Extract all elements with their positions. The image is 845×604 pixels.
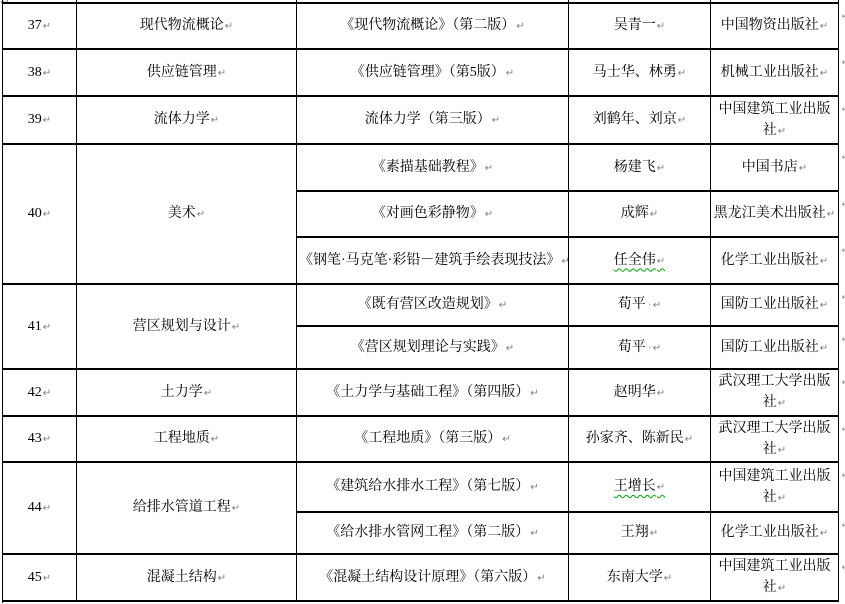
course-name-cell[interactable]: 美术↵ (77, 144, 297, 284)
row-number-cell[interactable]: 44↵ (3, 462, 77, 554)
course-name-cell-text: 美术 (168, 206, 196, 221)
publisher-cell[interactable]: 机械工业出版社↵↵ (711, 49, 839, 96)
paragraph-mark-icon: ↵ (218, 573, 226, 584)
book-title-cell[interactable]: 《现代物流概论》（第二版）↵ (297, 3, 569, 49)
book-author-cell-text: 刘鹤年、刘京 (593, 112, 677, 127)
publisher-cell-content: 中国物资出版社↵ (721, 18, 828, 33)
textbook-table: 37↵现代物流概论↵《现代物流概论》（第二版）↵吴青一↵中国物资出版社↵↵38↵… (2, 2, 839, 602)
book-title-cell-content: 流体力学（第三版）↵ (365, 112, 500, 127)
paragraph-mark-icon: ↵ (43, 68, 51, 79)
table-border-top-tick (76, 0, 77, 3)
paragraph-mark-icon: ↵ (778, 583, 786, 594)
publisher-cell[interactable]: 黑龙江美术出版社↵↵ (711, 191, 839, 237)
paragraph-mark-icon: ↵ (778, 493, 786, 504)
row-end-mark-icon: ↵ (841, 13, 845, 22)
book-author-cell-text: 杨建飞 (614, 160, 656, 175)
book-author-cell[interactable]: 荀平·↵ (569, 284, 711, 326)
course-name-cell-text: 给排水管道工程 (133, 500, 231, 515)
book-author-cell-content: 杨建飞↵ (614, 160, 665, 175)
book-title-cell[interactable]: 《土力学与基础工程》（第四版）↵ (297, 369, 569, 416)
paragraph-mark-icon: ↵ (537, 573, 545, 584)
book-title-cell-text: 《混凝土结构设计原理》（第六版） (319, 570, 536, 585)
paragraph-mark-icon: ↵ (799, 163, 807, 174)
book-author-cell-content: 荀平·↵ (618, 340, 661, 355)
book-title-cell-text: 《营区规划理论与实践》 (351, 340, 505, 355)
table-border-top-tick (568, 0, 569, 3)
book-title-cell-content: 《建筑给水排水工程》（第七版）↵ (326, 479, 538, 494)
paragraph-mark-icon: ↵ (506, 343, 514, 354)
book-title-cell-content: 《混凝土结构设计原理》（第六版）↵ (319, 570, 545, 585)
course-name-cell-text: 营区规划与设计 (133, 319, 231, 334)
book-title-cell[interactable]: 《给水排水管网工程》（第二版）↵ (297, 512, 569, 554)
table-border-top-tick (2, 0, 3, 3)
book-title-cell[interactable]: 《建筑给水排水工程》（第七版）↵ (297, 462, 569, 512)
publisher-cell-text: 黑龙江美术出版社 (714, 206, 826, 221)
book-title-cell-text: 《素描基础教程》 (372, 160, 484, 175)
book-title-cell-content: 《营区规划理论与实践》↵ (351, 340, 514, 355)
paragraph-mark-icon: ↵ (657, 482, 665, 493)
publisher-cell[interactable]: 武汉理工大学出版社↵↵ (711, 416, 839, 462)
paragraph-mark-icon: ↵ (492, 115, 500, 126)
publisher-cell-text: 国防工业出版社 (721, 297, 819, 312)
paragraph-mark-icon: ↵ (653, 300, 661, 311)
book-author-cell[interactable]: 刘鹤年、刘京↵ (569, 96, 711, 144)
course-name-cell[interactable]: 现代物流概论↵ (77, 3, 297, 49)
publisher-cell-text: 中国建筑工业出版社 (719, 469, 831, 505)
publisher-cell-content: 国防工业出版社↵ (721, 340, 828, 355)
paragraph-mark-icon: ↵ (43, 503, 51, 514)
paragraph-mark-icon: ↵ (499, 300, 507, 311)
paragraph-mark-icon: ↵ (43, 21, 51, 32)
book-title-cell[interactable]: 《钢笔·马克笔·彩铅－建筑手绘表现技法》↵ (297, 237, 569, 284)
paragraph-mark-icon: ↵ (43, 322, 51, 333)
book-title-cell[interactable]: 《素描基础教程》↵ (297, 144, 569, 191)
row-number-cell-content: 39↵ (28, 112, 51, 127)
book-title-cell[interactable]: 《工程地质》（第三版）↵ (297, 416, 569, 462)
book-author-cell-content: 任全伟↵ (614, 253, 665, 268)
paragraph-mark-icon: ↵ (820, 68, 828, 79)
row-number-cell[interactable]: 37↵ (3, 3, 77, 49)
row-number-cell[interactable]: 42↵ (3, 369, 77, 416)
paragraph-mark-icon: ↵ (197, 209, 205, 220)
book-author-cell[interactable]: 赵明华↵ (569, 369, 711, 416)
publisher-cell[interactable]: 国防工业出版社↵↵ (711, 284, 839, 326)
table-border-top-tick (710, 0, 711, 3)
book-title-cell-text: 《对画色彩静物》 (372, 206, 484, 221)
textbook-table-body: 37↵现代物流概论↵《现代物流概论》（第二版）↵吴青一↵中国物资出版社↵↵38↵… (3, 3, 839, 601)
publisher-cell-content: 武汉理工大学出版社↵ (719, 421, 831, 457)
course-name-cell-content: 美术↵ (168, 206, 205, 221)
book-author-cell[interactable]: 孙家齐、陈新民↵ (569, 416, 711, 462)
publisher-cell[interactable]: 化学工业出版社↵↵ (711, 237, 839, 284)
paragraph-mark-icon: ↵ (530, 528, 538, 539)
paragraph-mark-icon: ↵ (232, 503, 240, 514)
publisher-cell-text: 武汉理工大学出版社 (719, 421, 831, 457)
row-number-cell[interactable]: 41↵ (3, 284, 77, 369)
book-author-cell-content: 成辉↵ (621, 206, 658, 221)
publisher-cell-text: 武汉理工大学出版社 (719, 374, 831, 410)
publisher-cell-text: 中国建筑工业出版社 (719, 102, 831, 138)
table-border-top-tick (838, 0, 839, 3)
publisher-cell-content: 中国书店↵ (742, 160, 807, 175)
book-title-cell-text: 《建筑给水排水工程》（第七版） (326, 479, 529, 494)
row-end-mark-icon: ↵ (841, 59, 845, 68)
book-title-cell[interactable]: 《对画色彩静物》↵ (297, 191, 569, 237)
paragraph-mark-icon: ↵ (225, 21, 233, 32)
paragraph-mark-icon: ↵ (502, 434, 510, 445)
book-author-cell-text: 吴青一 (614, 18, 656, 33)
paragraph-mark-icon: ↵ (827, 209, 835, 220)
paragraph-mark-icon: ↵ (516, 21, 524, 32)
book-title-cell-text: 《既有营区改造规划》 (358, 297, 498, 312)
book-author-cell[interactable]: 任全伟↵ (569, 237, 711, 284)
course-name-cell[interactable]: 工程地质↵ (77, 416, 297, 462)
row-end-mark-icon: ↵ (841, 247, 845, 256)
course-name-cell-text: 土力学 (161, 385, 203, 400)
book-author-cell-content: 赵明华↵ (614, 385, 665, 400)
row-end-mark-icon: ↵ (841, 294, 845, 303)
paragraph-mark-icon: ↵ (232, 322, 240, 333)
course-name-cell-text: 供应链管理 (147, 65, 217, 80)
row-end-mark-icon: ↵ (841, 564, 845, 573)
paragraph-mark-icon: ↵ (43, 388, 51, 399)
space-mark: · (648, 340, 652, 354)
table-row: 39↵流体力学↵流体力学（第三版）↵刘鹤年、刘京↵中国建筑工业出版社↵↵ (3, 96, 839, 144)
book-title-cell-content: 《既有营区改造规划》↵ (358, 297, 507, 312)
table-row: 38↵供应链管理↵《供应链管理》（第5版）↵马士华、林勇↵机械工业出版社↵↵ (3, 49, 839, 96)
book-title-cell-content: 《供应链管理》（第5版）↵ (351, 65, 514, 80)
book-author-cell-text: 任全伟 (614, 253, 656, 268)
book-author-cell[interactable]: 东南大学↵ (569, 554, 711, 601)
document-page: ↵ 37↵现代物流概论↵《现代物流概论》（第二版）↵吴青一↵中国物资出版社↵↵3… (0, 0, 845, 604)
book-title-cell[interactable]: 《混凝土结构设计原理》（第六版）↵ (297, 554, 569, 601)
paragraph-mark-icon: ↵ (685, 434, 693, 445)
book-author-cell[interactable]: 吴青一↵ (569, 3, 711, 49)
paragraph-mark-icon: ↵ (530, 482, 538, 493)
row-number-cell-content: 38↵ (28, 65, 51, 80)
book-title-cell[interactable]: 《既有营区改造规划》↵ (297, 284, 569, 326)
course-name-cell-content: 工程地质↵ (154, 431, 219, 446)
table-row: 42↵土力学↵《土力学与基础工程》（第四版）↵赵明华↵武汉理工大学出版社↵↵ (3, 369, 839, 416)
publisher-cell-text: 化学工业出版社 (721, 253, 819, 268)
book-title-cell[interactable]: 流体力学（第三版）↵ (297, 96, 569, 144)
book-author-cell[interactable]: 王翔↵ (569, 512, 711, 554)
row-end-mark-icon: ↵ (841, 426, 845, 435)
book-author-cell-text: 成辉 (621, 206, 649, 221)
row-number-cell[interactable]: 39↵ (3, 96, 77, 144)
book-author-cell-text: 荀平 (618, 297, 646, 312)
paragraph-mark-icon: ↵ (43, 209, 51, 220)
row-number-cell-text: 40 (28, 206, 42, 221)
table-row: 37↵现代物流概论↵《现代物流概论》（第二版）↵吴青一↵中国物资出版社↵↵ (3, 3, 839, 49)
book-author-cell-content: 王翔↵ (621, 525, 658, 540)
row-end-mark-icon: ↵ (841, 379, 845, 388)
table-row: 41↵营区规划与设计↵《既有营区改造规划》↵荀平·↵国防工业出版社↵↵ (3, 284, 839, 326)
publisher-cell-content: 中国建筑工业出版社↵ (719, 469, 831, 505)
book-title-cell-content: 《钢笔·马克笔·彩铅－建筑手绘表现技法》↵ (299, 253, 570, 268)
table-row: 45↵混凝土结构↵《混凝土结构设计原理》（第六版）↵东南大学↵中国建筑工业出版社… (3, 554, 839, 601)
paragraph-mark-icon: ↵ (657, 388, 665, 399)
paragraph-mark-icon: ↵ (506, 68, 514, 79)
book-title-cell-text: 《钢笔·马克笔·彩铅－建筑手绘表现技法》 (299, 253, 560, 268)
publisher-cell-content: 中国建筑工业出版社↵ (719, 559, 831, 595)
row-number-cell-content: 40↵ (28, 206, 51, 221)
book-author-cell[interactable]: 成辉↵ (569, 191, 711, 237)
paragraph-mark-icon: ↵ (820, 343, 828, 354)
paragraph-mark-icon: ↵ (820, 300, 828, 311)
publisher-cell-content: 化学工业出版社↵ (721, 253, 828, 268)
paragraph-mark-icon: ↵ (678, 68, 686, 79)
book-title-cell-text: 《工程地质》（第三版） (354, 431, 501, 446)
row-number-cell-content: 41↵ (28, 319, 51, 334)
course-name-cell-content: 给排水管道工程↵ (133, 500, 240, 515)
row-number-cell-content: 42↵ (28, 385, 51, 400)
publisher-cell-text: 国防工业出版社 (721, 340, 819, 355)
table-row: 44↵给排水管道工程↵《建筑给水排水工程》（第七版）↵王增长↵中国建筑工业出版社… (3, 462, 839, 512)
book-author-cell-text: 荀平 (618, 340, 646, 355)
paragraph-mark-icon: ↵ (657, 256, 665, 267)
publisher-cell[interactable]: 国防工业出版社↵↵ (711, 326, 839, 369)
course-name-cell-content: 混凝土结构↵ (147, 570, 226, 585)
book-author-cell-content: 刘鹤年、刘京↵ (593, 112, 686, 127)
course-name-cell-content: 现代物流概论↵ (140, 18, 233, 33)
book-title-cell-content: 《素描基础教程》↵ (372, 160, 493, 175)
book-author-cell-text: 王翔 (621, 525, 649, 540)
book-author-cell-text: 孙家齐、陈新民 (586, 431, 684, 446)
course-name-cell-content: 土力学↵ (161, 385, 212, 400)
book-author-cell[interactable]: 王增长↵ (569, 462, 711, 512)
paragraph-mark-icon: ↵ (650, 528, 658, 539)
row-number-cell[interactable]: 45↵ (3, 554, 77, 601)
paragraph-mark-icon: ↵ (778, 398, 786, 409)
paragraph-mark-icon: ↵ (43, 573, 51, 584)
book-title-cell-text: 《供应链管理》（第5版） (351, 65, 505, 80)
course-name-cell-content: 供应链管理↵ (147, 65, 226, 80)
publisher-cell-text: 中国物资出版社 (721, 18, 819, 33)
book-title-cell[interactable]: 《供应链管理》（第5版）↵ (297, 49, 569, 96)
book-title-cell-content: 《工程地质》（第三版）↵ (354, 431, 510, 446)
course-name-cell[interactable]: 给排水管道工程↵ (77, 462, 297, 554)
course-name-cell[interactable]: 营区规划与设计↵ (77, 284, 297, 369)
paragraph-mark-icon: ↵ (650, 209, 658, 220)
course-name-cell[interactable]: 土力学↵ (77, 369, 297, 416)
book-author-cell-content: 孙家齐、陈新民↵ (586, 431, 693, 446)
book-author-cell-content: 王增长↵ (614, 479, 665, 494)
paragraph-mark-icon: ↵ (678, 115, 686, 126)
row-number-cell-text: 45 (28, 570, 42, 585)
table-border-top-tick (296, 0, 297, 3)
paragraph-mark-icon: ↵ (778, 445, 786, 456)
publisher-cell[interactable]: 中国建筑工业出版社↵↵ (711, 96, 839, 144)
book-author-cell[interactable]: 马士华、林勇↵ (569, 49, 711, 96)
table-row: 43↵工程地质↵《工程地质》（第三版）↵孙家齐、陈新民↵武汉理工大学出版社↵↵ (3, 416, 839, 462)
row-end-mark-icon: ↵ (841, 201, 845, 210)
paragraph-mark-icon: ↵ (485, 209, 493, 220)
publisher-cell-text: 化学工业出版社 (721, 525, 819, 540)
course-name-cell-content: 流体力学↵ (154, 112, 219, 127)
book-author-cell-content: 马士华、林勇↵ (593, 65, 686, 80)
row-number-cell-content: 44↵ (28, 500, 51, 515)
row-number-cell-text: 37 (28, 18, 42, 33)
table-border-bottom-tail (2, 599, 3, 603)
publisher-cell-content: 化学工业出版社↵ (721, 525, 828, 540)
row-number-cell-text: 44 (28, 500, 42, 515)
book-author-cell-text: 马士华、林勇 (593, 65, 677, 80)
row-number-cell-text: 43 (28, 431, 42, 446)
paragraph-mark-icon: ↵ (43, 434, 51, 445)
book-author-cell-content: 荀平·↵ (618, 297, 661, 312)
paragraph-mark-icon: ↵ (218, 68, 226, 79)
row-number-cell-text: 42 (28, 385, 42, 400)
paragraph-mark-icon: ↵ (43, 115, 51, 126)
publisher-cell[interactable]: 中国建筑工业出版社↵↵ (711, 462, 839, 512)
publisher-cell[interactable]: 化学工业出版社↵↵ (711, 512, 839, 554)
book-author-cell-content: 东南大学↵ (607, 570, 672, 585)
course-name-cell-text: 混凝土结构 (147, 570, 217, 585)
publisher-cell-content: 黑龙江美术出版社↵ (714, 206, 835, 221)
paragraph-mark-icon: ↵ (778, 126, 786, 137)
publisher-cell[interactable]: 中国书店↵↵ (711, 144, 839, 191)
course-name-cell-text: 现代物流概论 (140, 18, 224, 33)
book-author-cell[interactable]: 杨建飞↵ (569, 144, 711, 191)
book-title-cell-content: 《土力学与基础工程》（第四版）↵ (326, 385, 538, 400)
book-title-cell-text: 《给水排水管网工程》（第二版） (326, 525, 529, 540)
book-title-cell-text: 《现代物流概论》（第二版） (340, 18, 515, 33)
row-end-mark-icon: ↵ (841, 522, 845, 531)
row-number-cell-text: 38 (28, 65, 42, 80)
row-number-cell[interactable]: 43↵ (3, 416, 77, 462)
course-name-cell[interactable]: 供应链管理↵ (77, 49, 297, 96)
publisher-cell-content: 中国建筑工业出版社↵ (719, 102, 831, 138)
book-title-cell-content: 《给水排水管网工程》（第二版）↵ (326, 525, 538, 540)
publisher-cell[interactable]: 中国物资出版社↵↵ (711, 3, 839, 49)
row-end-mark-icon: ↵ (841, 106, 845, 115)
row-number-cell-content: 45↵ (28, 570, 51, 585)
course-name-cell-text: 工程地质 (154, 431, 210, 446)
paragraph-mark-icon: ↵ (530, 388, 538, 399)
publisher-cell-text: 机械工业出版社 (721, 65, 819, 80)
row-number-cell-text: 41 (28, 319, 42, 334)
course-name-cell[interactable]: 流体力学↵ (77, 96, 297, 144)
paragraph-mark-icon: ↵ (657, 163, 665, 174)
row-end-mark-icon: ↵ (841, 472, 845, 481)
paragraph-mark-icon: ↵ (657, 21, 665, 32)
publisher-cell[interactable]: 中国建筑工业出版社↵↵ (711, 554, 839, 601)
row-end-mark-icon: ↵ (841, 336, 845, 345)
book-author-cell-text: 赵明华 (614, 385, 656, 400)
space-mark: · (648, 297, 652, 311)
row-end-mark-icon: ↵ (841, 154, 845, 163)
paragraph-mark-icon: ↵ (820, 528, 828, 539)
book-author-cell-content: 吴青一↵ (614, 18, 665, 33)
publisher-cell-text: 中国建筑工业出版社 (719, 559, 831, 595)
book-title-cell-content: 《对画色彩静物》↵ (372, 206, 493, 221)
book-author-cell-text: 王增长 (614, 479, 656, 494)
paragraph-mark-icon: ↵ (653, 343, 661, 354)
book-author-cell-text: 东南大学 (607, 570, 663, 585)
publisher-cell-content: 机械工业出版社↵ (721, 65, 828, 80)
book-author-cell[interactable]: 荀平·↵ (569, 326, 711, 369)
paragraph-mark-icon: ↵ (211, 115, 219, 126)
table-row: 40↵美术↵《素描基础教程》↵杨建飞↵中国书店↵↵ (3, 144, 839, 191)
paragraph-mark-icon: ↵ (204, 388, 212, 399)
paragraph-mark-icon: ↵ (820, 256, 828, 267)
publisher-cell-content: 武汉理工大学出版社↵ (719, 374, 831, 410)
paragraph-mark-icon: ↵ (485, 163, 493, 174)
paragraph-mark-icon: ↵ (664, 573, 672, 584)
row-number-cell[interactable]: 40↵ (3, 144, 77, 284)
book-title-cell-text: 《土力学与基础工程》（第四版） (326, 385, 529, 400)
row-number-cell-content: 43↵ (28, 431, 51, 446)
row-number-cell[interactable]: 38↵ (3, 49, 77, 96)
book-title-cell-content: 《现代物流概论》（第二版）↵ (340, 18, 524, 33)
publisher-cell-text: 中国书店 (742, 160, 798, 175)
paragraph-mark-icon: ↵ (820, 21, 828, 32)
paragraph-mark-icon: ↵ (211, 434, 219, 445)
course-name-cell-content: 营区规划与设计↵ (133, 319, 240, 334)
publisher-cell[interactable]: 武汉理工大学出版社↵↵ (711, 369, 839, 416)
row-number-cell-text: 39 (28, 112, 42, 127)
book-title-cell-text: 流体力学（第三版） (365, 112, 491, 127)
course-name-cell[interactable]: 混凝土结构↵ (77, 554, 297, 601)
course-name-cell-text: 流体力学 (154, 112, 210, 127)
row-number-cell-content: 37↵ (28, 18, 51, 33)
book-title-cell[interactable]: 《营区规划理论与实践》↵ (297, 326, 569, 369)
publisher-cell-content: 国防工业出版社↵ (721, 297, 828, 312)
